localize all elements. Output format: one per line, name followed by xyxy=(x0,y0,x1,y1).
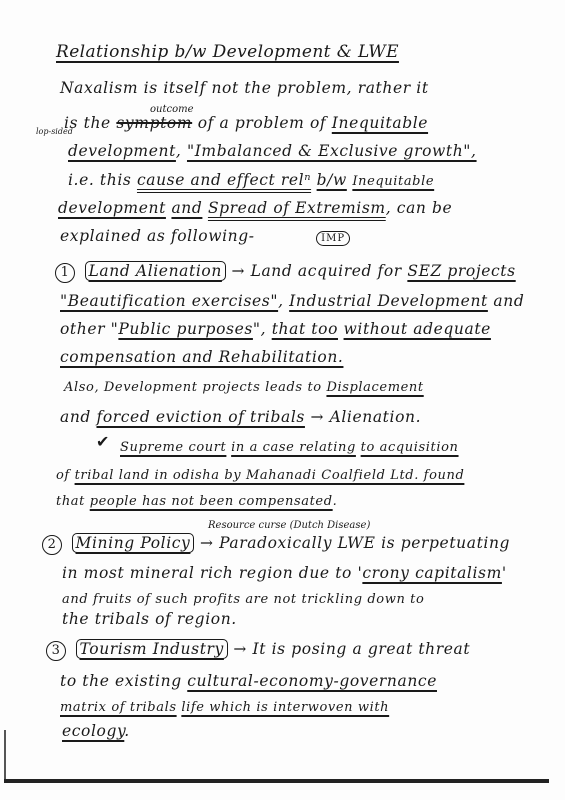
scanned-notes-page: Relationship b/w Development & LWE Naxal… xyxy=(0,0,565,800)
point-1-line: compensation and Rehabilitation. xyxy=(60,348,343,366)
text: to the existing xyxy=(60,672,187,690)
text: , xyxy=(176,142,182,160)
text: Land acquired for xyxy=(251,262,408,280)
text: Also, Development projects leads to xyxy=(64,380,326,395)
point-2-header: 2 Mining Policy → Paradoxically LWE is p… xyxy=(42,534,510,555)
text: , xyxy=(278,292,289,310)
underlined-text: compensation and Rehabilitation. xyxy=(60,348,343,366)
text: and fruits of such profits are not trick… xyxy=(62,592,424,607)
underlined-text: people has not been compensated xyxy=(90,494,333,509)
point-3-line: to the existing cultural-economy-governa… xyxy=(60,672,437,690)
intro-line-2: is the symptom of a problem of Inequitab… xyxy=(64,114,428,132)
underlined-text: ecology xyxy=(62,722,124,740)
text: other " xyxy=(60,320,118,338)
point-1-line: other "Public purposes", that too withou… xyxy=(60,320,491,338)
underlined-text: to acquisition xyxy=(361,440,459,455)
underlined-text: without adequate xyxy=(344,320,491,338)
intro-line-4: i.e. this cause and effect relⁿ b/w Ineq… xyxy=(68,171,434,189)
page-edge-left xyxy=(4,730,6,780)
arrow-icon: → xyxy=(200,534,214,552)
point-3-line: ecology. xyxy=(62,722,130,740)
underlined-text: b/w xyxy=(317,171,347,189)
page-edge-bottom xyxy=(4,779,549,783)
number-circle: 1 xyxy=(55,263,75,283)
page-title: Relationship b/w Development & LWE xyxy=(56,42,399,62)
check-icon: ✔ xyxy=(96,432,109,451)
point-heading: Land Alienation xyxy=(85,261,226,281)
number-circle: 3 xyxy=(46,641,66,661)
point-2-line: in most mineral rich region due to 'cron… xyxy=(62,564,507,582)
point-2-line: and fruits of such profits are not trick… xyxy=(62,592,424,607)
point-3-header: 3 Tourism Industry → It is posing a grea… xyxy=(46,640,470,661)
text: and xyxy=(488,292,524,310)
text: of a problem of xyxy=(198,114,327,132)
text: explained as following- xyxy=(60,227,255,245)
number-circle: 2 xyxy=(42,535,62,555)
imp-badge: IMP xyxy=(316,231,350,246)
point-1-line: "Beautification exercises", Industrial D… xyxy=(60,292,524,310)
arrow-icon: → xyxy=(233,640,247,658)
underlined-text: matrix of tribals xyxy=(60,700,177,715)
intro-line-3: development, "Imbalanced & Exclusive gro… xyxy=(68,142,477,160)
text: the tribals of region. xyxy=(62,610,237,628)
text: in most mineral rich region due to ' xyxy=(62,564,362,582)
point-1-header: 1 Land Alienation → Land acquired for SE… xyxy=(55,262,516,283)
text: and xyxy=(60,408,96,426)
underlined-text: cultural-economy-governance xyxy=(187,672,437,690)
point-line: Land acquired for SEZ projects xyxy=(251,262,516,280)
underlined-text: Inequitable xyxy=(332,114,428,132)
text: → Alienation. xyxy=(305,408,421,426)
point-heading: Mining Policy xyxy=(72,533,195,553)
case-note-line: of tribal land in odisha by Mahanadi Coa… xyxy=(56,468,464,483)
struck-word: symptom xyxy=(116,114,192,132)
intro-line-5: development and Spread of Extremism, can… xyxy=(58,199,452,217)
underlined-text: Supreme court xyxy=(120,440,226,455)
text: of xyxy=(56,468,75,483)
text: ' xyxy=(502,564,507,582)
underlined-text: Spread of Extremism xyxy=(208,199,386,217)
underlined-text: that too xyxy=(272,320,338,338)
point-line: Paradoxically LWE is perpetuating xyxy=(219,534,510,552)
text: i.e. this xyxy=(68,171,131,189)
text: . xyxy=(333,494,338,509)
point-line: It is posing a great threat xyxy=(253,640,471,658)
underlined-text: Displacement xyxy=(326,380,423,395)
underlined-text: development xyxy=(58,199,166,217)
point-1-line: and forced eviction of tribals → Alienat… xyxy=(60,408,421,426)
underlined-text: cause and effect relⁿ xyxy=(137,171,311,189)
underlined-text: "Imbalanced & Exclusive growth", xyxy=(187,142,477,160)
underlined-text: SEZ projects xyxy=(407,262,515,280)
text: ", xyxy=(253,320,272,338)
underlined-text: Public purposes xyxy=(118,320,253,338)
underlined-text: and xyxy=(171,199,202,217)
underlined-text: tribal land in odisha by Mahanadi Coalfi… xyxy=(75,468,465,483)
arrow-icon: → xyxy=(231,262,245,280)
underlined-text: in a case relating xyxy=(231,440,356,455)
underlined-text: development xyxy=(68,142,176,160)
text: Paradoxically LWE is perpetuating xyxy=(219,534,510,552)
underlined-text: Inequitable xyxy=(352,174,434,189)
case-note-line: Supreme court in a case relating to acqu… xyxy=(120,440,459,455)
intro-line-1: Naxalism is itself not the problem, rath… xyxy=(60,79,429,97)
point-3-line: matrix of tribals life which is interwov… xyxy=(60,700,389,715)
text: , can be xyxy=(386,199,453,217)
point-2-line: the tribals of region. xyxy=(62,610,237,628)
text: It is posing a great threat xyxy=(253,640,471,658)
point-heading: Tourism Industry xyxy=(76,639,228,659)
underlined-text: life which is interwoven with xyxy=(181,700,389,715)
underlined-text: forced eviction of tribals xyxy=(96,408,304,426)
case-note-line: that people has not been compensated. xyxy=(56,494,337,509)
text: that xyxy=(56,494,90,509)
underlined-text: "Beautification exercises" xyxy=(60,292,278,310)
intro-line-6: explained as following- IMP xyxy=(60,227,350,246)
resource-curse-annotation: Resource curse (Dutch Disease) xyxy=(208,520,370,531)
point-1-line: Also, Development projects leads to Disp… xyxy=(64,380,424,395)
underlined-text: Industrial Development xyxy=(289,292,488,310)
margin-note: lop-sided xyxy=(36,127,73,136)
text: . xyxy=(124,722,130,740)
underlined-text: crony capitalism xyxy=(362,564,502,582)
